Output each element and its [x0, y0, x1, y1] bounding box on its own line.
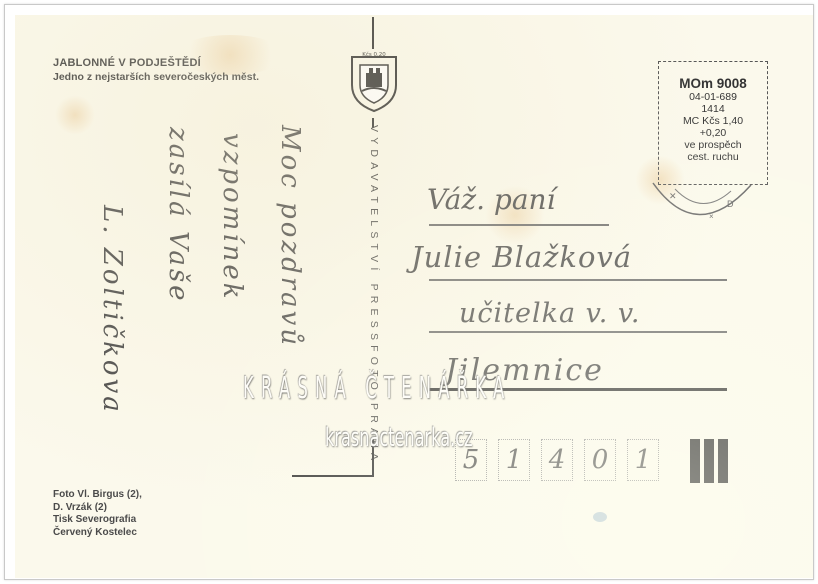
- stamp-line: ve prospěch: [659, 139, 767, 151]
- zip-digit: 0: [584, 445, 616, 475]
- message-line: Moc pozdravů: [275, 125, 305, 348]
- zip-digit: 4: [541, 445, 573, 475]
- castle-emblem-icon: Kčs 0,20: [348, 51, 400, 113]
- card-subtitle: Jedno z nejstarších severočeských měst.: [53, 71, 259, 83]
- image-frame: JABLONNÉ V PODJEŠTĚDÍ Jedno z nejstaršíc…: [4, 4, 814, 580]
- svg-text:Kčs 0,20: Kčs 0,20: [362, 51, 386, 58]
- barcode-bar: [718, 439, 728, 483]
- svg-text:×: ×: [709, 212, 714, 221]
- stain: [55, 95, 95, 135]
- blue-spot: [593, 512, 607, 522]
- barcode-bar: [704, 439, 714, 483]
- postcard-back: JABLONNÉ V PODJEŠTĚDÍ Jedno z nejstaršíc…: [15, 15, 813, 578]
- address-rule: [429, 279, 727, 281]
- zip-digit: 1: [498, 445, 530, 475]
- message-line: vzpomínek: [217, 133, 247, 302]
- zip-digit: 1: [627, 445, 659, 475]
- card-title: JABLONNÉ V PODJEŠTĚDÍ: [53, 57, 201, 69]
- stamp-line: 1414: [659, 103, 767, 115]
- address-rule: [429, 224, 609, 226]
- watermark-title: KRÁSNÁ ČTENÁŘKA: [243, 371, 511, 406]
- address-rule: [429, 331, 727, 333]
- address-line: učitelka v. v.: [459, 298, 641, 329]
- postmark-icon: ✕ × D: [647, 155, 757, 245]
- credit-line: D. Vrzák (2): [53, 502, 142, 515]
- watermark-url[interactable]: krasnactenarka.cz: [325, 423, 473, 453]
- divider: [372, 17, 374, 49]
- credit-line: Tisk Severografia: [53, 514, 142, 527]
- photo-credits: Foto Vl. Birgus (2), D. Vrzák (2) Tisk S…: [53, 489, 142, 539]
- message-signature: L. Zoltičkova: [97, 205, 127, 415]
- divider: [292, 475, 374, 477]
- message-line: zasílá Vaše: [163, 127, 193, 304]
- credit-line: Červený Kostelec: [53, 527, 142, 540]
- stain: [175, 35, 285, 75]
- address-line: Váž. paní: [427, 183, 556, 216]
- svg-text:✕: ✕: [669, 191, 677, 201]
- stamp-code: MOm 9008: [659, 76, 767, 91]
- stamp-line: 04-01-689: [659, 91, 767, 103]
- stamp-line: MC Kčs 1,40: [659, 115, 767, 127]
- svg-text:D: D: [727, 199, 734, 209]
- stamp-line: +0,20: [659, 127, 767, 139]
- credit-line: Foto Vl. Birgus (2),: [53, 489, 142, 502]
- address-line: Julie Blažková: [411, 240, 632, 274]
- barcode-bar: [690, 439, 700, 483]
